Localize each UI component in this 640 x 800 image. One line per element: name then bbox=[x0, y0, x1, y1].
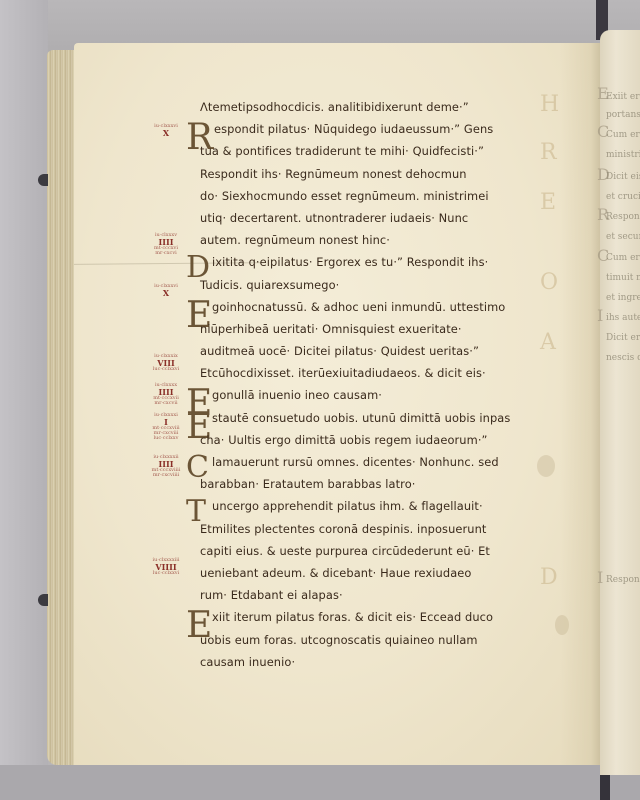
facing-line: Dicit eis pilat bbox=[606, 172, 640, 182]
facing-line: Dicit ergo ei bbox=[606, 333, 640, 343]
text-line: uobis eum foras. utcognoscatis quiaineo … bbox=[200, 629, 560, 651]
facing-line: et crucifigite bbox=[606, 192, 640, 202]
canon-note: iu·clxxxvi X bbox=[142, 284, 190, 297]
facing-initial: I bbox=[597, 306, 603, 325]
canon-note: iu·clxxxv IIII mt·cccxvi mr·cxcvi bbox=[142, 233, 190, 256]
canon-note: iu·clxxxix VIII luc·cclxxvi bbox=[142, 354, 190, 372]
facing-line: portans coron bbox=[606, 110, 640, 120]
clasp-top-icon bbox=[38, 174, 48, 186]
facing-line: ihs autem resp bbox=[606, 313, 640, 323]
text-line: Clamauerunt rursū omnes. dicentes· Nonhu… bbox=[200, 451, 560, 473]
text-line: Exiit iterum pilatus foras. & dicit eis·… bbox=[200, 606, 560, 628]
text-line: Tuncergo apprehendit pilatus ihm. & flag… bbox=[200, 495, 560, 517]
text-line: utiq· decertarent. utnontraderer iudaeis… bbox=[200, 207, 560, 229]
text-line: capiti eius. & ueste purpurea circūdeder… bbox=[200, 540, 560, 562]
facing-line: Cum ergo audi bbox=[606, 253, 640, 263]
backdrop-left bbox=[0, 0, 48, 800]
text-line: Estautē consuetudo uobis. utunū dimittā … bbox=[200, 407, 560, 429]
canon-note: iu·clxxxxii IIII mt·cccxviiii mr·cxcviii… bbox=[142, 455, 190, 478]
facing-line: Respondit ihs bbox=[606, 575, 640, 585]
text-line: Tudicis. quiarexsumego· bbox=[200, 274, 560, 296]
text-line: auditmeā uocē· Dicitei pilatus· Quidest … bbox=[200, 340, 560, 362]
text-line: Dixitita q·eipilatus· Ergorex es tu·” Re… bbox=[200, 251, 560, 273]
gutter-shadow bbox=[560, 43, 604, 765]
facing-line: et ingressus e bbox=[606, 293, 640, 303]
text-line: barabban· Eratautem barabbas latro· bbox=[200, 473, 560, 495]
text-line: Egonullā inuenio ineo causam· bbox=[200, 384, 560, 406]
facing-line: Cum ergo uidi bbox=[606, 130, 640, 140]
facing-page-recto bbox=[600, 30, 640, 775]
backdrop-bottom bbox=[0, 765, 640, 800]
canon-note: iu·clxxxx IIII mt·cccxvii mr·cxcvii bbox=[142, 383, 190, 406]
text-line: Egoinhocnatussū. & adhoc ueni inmundū. u… bbox=[200, 296, 560, 318]
canon-note: iu·clxxxvi X bbox=[142, 124, 190, 137]
facing-initial: I bbox=[597, 568, 603, 587]
text-line: cha· Uultis ergo dimittā uobis regem iud… bbox=[200, 429, 560, 451]
text-line: Etmilites plectentes coronā despinis. in… bbox=[200, 518, 560, 540]
text-line: Respondit pilatus· Nūquidego iudaeussum·… bbox=[200, 118, 560, 140]
facing-line: ministri clam bbox=[606, 150, 640, 160]
text-line: Respondit ihs· Regnūmeum nonest dehocmun bbox=[200, 163, 560, 185]
canon-note: iu·clxxxxiii VIIII luc·cclxxvi bbox=[142, 558, 190, 576]
facing-line: timuit magis bbox=[606, 273, 640, 283]
text-line: rum· Etdabant ei alapas· bbox=[200, 584, 560, 606]
clasp-bottom-icon bbox=[38, 594, 48, 606]
text-line: autem. regnūmeum nonest hinc· bbox=[200, 229, 560, 251]
text-line: do· Siexhocmundo esset regnūmeum. minist… bbox=[200, 185, 560, 207]
text-line: Etcūhocdixisset. iterūexiuitadiudaeos. &… bbox=[200, 362, 560, 384]
canon-note: iu·clxxxxi I mt·cccxviii mr·cxcviii luc·… bbox=[142, 413, 190, 441]
facing-line: Responderunt bbox=[606, 212, 640, 222]
page-block-edges bbox=[47, 50, 75, 765]
text-line: niūperhibeā ueritati· Omnisquiest exueri… bbox=[200, 318, 560, 340]
text-line: Λtemetipsodhocdicis. analitibidixerunt d… bbox=[200, 96, 560, 118]
text-line: ueniebant adeum. & dicebant· Haue rexiud… bbox=[200, 562, 560, 584]
main-text-column: Λtemetipsodhocdicis. analitibidixerunt d… bbox=[200, 96, 560, 673]
text-line: causam inuenio· bbox=[200, 651, 560, 673]
facing-line: nescis quia p bbox=[606, 353, 640, 363]
text-line: tua & pontifices tradiderunt te mihi· Qu… bbox=[200, 140, 560, 162]
facing-line: et secundum l bbox=[606, 232, 640, 242]
facing-line: Exiit ergo ihs bbox=[606, 92, 640, 102]
